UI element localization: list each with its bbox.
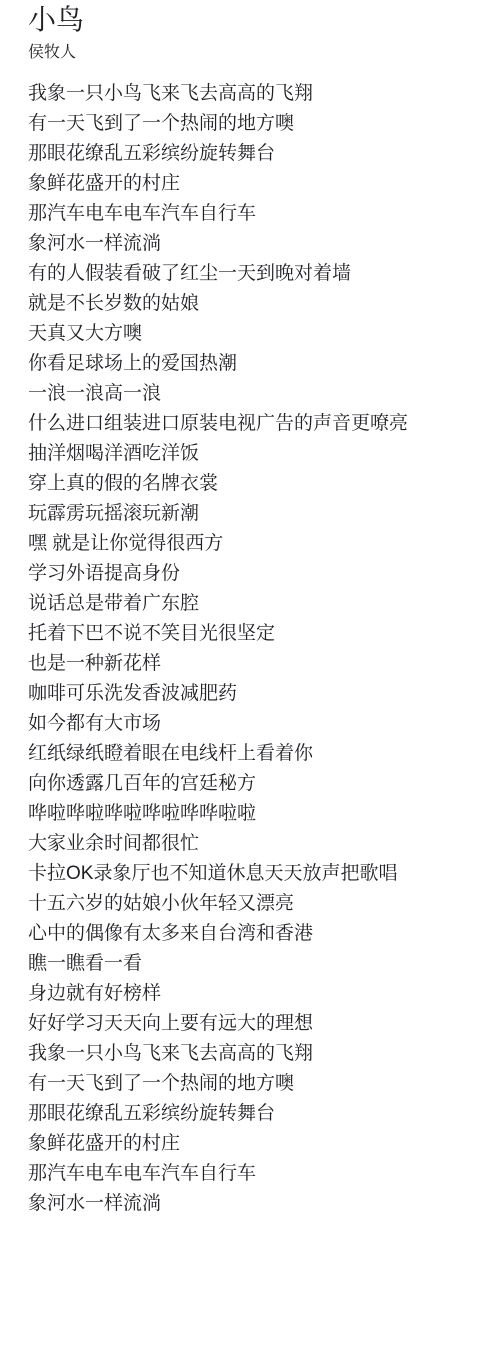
lyric-line: 抽洋烟喝洋酒吃洋饭 <box>28 439 480 469</box>
lyric-line: 也是一种新花样 <box>28 649 480 679</box>
lyric-line: 一浪一浪高一浪 <box>28 379 480 409</box>
lyric-line: 我象一只小鸟飞来飞去高高的飞翔 <box>28 79 480 109</box>
lyric-line: 象河水一样流淌 <box>28 229 480 259</box>
lyric-line: 象鲜花盛开的村庄 <box>28 1129 480 1159</box>
artist-name: 侯牧人 <box>28 42 480 64</box>
lyric-line: 大家业余时间都很忙 <box>28 829 480 859</box>
lyric-line: 有的人假装看破了红尘一天到晚对着墙 <box>28 259 480 289</box>
lyric-line: 象河水一样流淌 <box>28 1189 480 1219</box>
lyric-line: 那眼花缭乱五彩缤纷旋转舞台 <box>28 1099 480 1129</box>
lyric-line: 什么进口组装进口原装电视广告的声音更嘹亮 <box>28 409 480 439</box>
lyric-line: 哗啦哗啦哗啦哗啦哗哗啦啦 <box>28 799 480 829</box>
lyric-line: 嘿 就是让你觉得很西方 <box>28 529 480 559</box>
lyric-line: 穿上真的假的名牌衣裳 <box>28 469 480 499</box>
song-title: 小鸟 <box>28 3 480 37</box>
lyric-line: 托着下巴不说不笑目光很坚定 <box>28 619 480 649</box>
lyric-line: 玩霹雳玩摇滚玩新潮 <box>28 499 480 529</box>
lyric-line: 说话总是带着广东腔 <box>28 589 480 619</box>
lyric-line: 十五六岁的姑娘小伙年轻又漂亮 <box>28 889 480 919</box>
lyric-line: 你看足球场上的爱国热潮 <box>28 349 480 379</box>
lyric-line: 红纸绿纸瞪着眼在电线杆上看着你 <box>28 739 480 769</box>
lyric-line: 象鲜花盛开的村庄 <box>28 169 480 199</box>
lyric-line: 有一天飞到了一个热闹的地方噢 <box>28 109 480 139</box>
lyric-line: 咖啡可乐洗发香波减肥药 <box>28 679 480 709</box>
lyric-line: 有一天飞到了一个热闹的地方噢 <box>28 1069 480 1099</box>
lyric-line: 如今都有大市场 <box>28 709 480 739</box>
lyric-line: 卡拉OK录象厅也不知道休息天天放声把歌唱 <box>28 859 480 889</box>
lyric-line: 那汽车电车电车汽车自行车 <box>28 199 480 229</box>
lyric-line: 瞧一瞧看一看 <box>28 949 480 979</box>
lyric-line: 就是不长岁数的姑娘 <box>28 289 480 319</box>
lyric-line: 那汽车电车电车汽车自行车 <box>28 1159 480 1189</box>
lyric-line: 我象一只小鸟飞来飞去高高的飞翔 <box>28 1039 480 1069</box>
lyric-line: 心中的偶像有太多来自台湾和香港 <box>28 919 480 949</box>
lyric-line: 身边就有好榜样 <box>28 979 480 1009</box>
lyric-line: 那眼花缭乱五彩缤纷旋转舞台 <box>28 139 480 169</box>
lyric-line: 向你透露几百年的宫廷秘方 <box>28 769 480 799</box>
lyrics-page: 小鸟 侯牧人 我象一只小鸟飞来飞去高高的飞翔有一天飞到了一个热闹的地方噢那眼花缭… <box>0 0 500 1219</box>
lyrics-block: 我象一只小鸟飞来飞去高高的飞翔有一天飞到了一个热闹的地方噢那眼花缭乱五彩缤纷旋转… <box>28 79 480 1219</box>
lyric-line: 好好学习天天向上要有远大的理想 <box>28 1009 480 1039</box>
lyric-line: 学习外语提高身份 <box>28 559 480 589</box>
lyric-line: 天真又大方噢 <box>28 319 480 349</box>
